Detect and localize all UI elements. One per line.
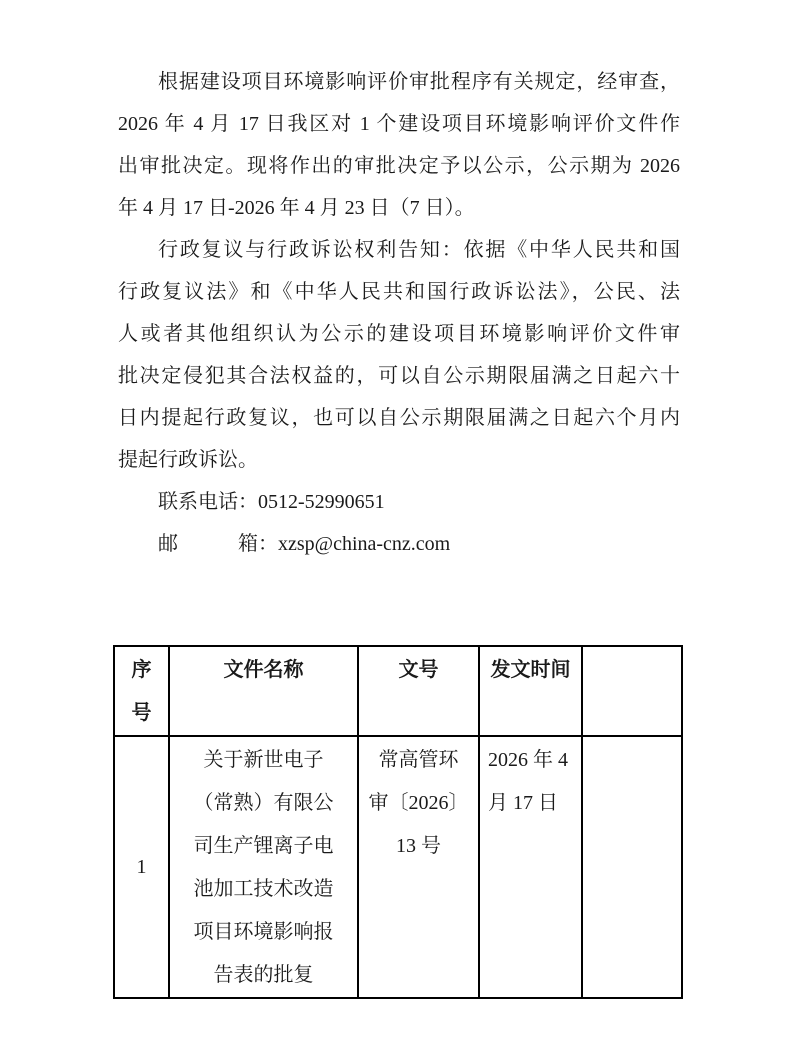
contact-phone-line: 联系电话：0512-52990651	[118, 481, 680, 523]
notice-paragraphs: 根据建设项目环境影响评价审批程序有关规定，经审查，2026 年 4 月 17 日…	[118, 61, 680, 481]
cell-issue-date: 2026 年 4 月 17 日	[479, 736, 582, 998]
table-header-row: 序 号 文件名称 文号 发文时间	[114, 646, 682, 736]
contact-email-line: 邮 箱：xzsp@china-cnz.com	[118, 523, 680, 565]
notice-body: 根据建设项目环境影响评价审批程序有关规定，经审查，2026 年 4 月 17 日…	[118, 61, 680, 565]
notice-line: 年 4 月 17 日-2026 年 4 月 23 日（7 日）。	[118, 187, 680, 229]
header-empty	[582, 646, 682, 736]
notice-line: 日内提起行政复议，也可以自公示期限届满之日起六个月内	[118, 397, 680, 439]
header-doc-number: 文号	[358, 646, 479, 736]
cell-file-name: 关于新世电子 （常熟）有限公 司生产锂离子电 池加工技术改造 项目环境影响报 告…	[169, 736, 358, 998]
header-issue-date: 发文时间	[479, 646, 582, 736]
notice-line: 2026 年 4 月 17 日我区对 1 个建设项目环境影响评价文件作	[118, 103, 680, 145]
table-row: 1 关于新世电子 （常熟）有限公 司生产锂离子电 池加工技术改造 项目环境影响报…	[114, 736, 682, 998]
contact-email-label: 邮 箱：	[158, 533, 278, 555]
notice-line: 行政复议与行政诉讼权利告知：依据《中华人民共和国	[118, 229, 680, 271]
header-serial-number: 序 号	[114, 646, 169, 736]
notice-line: 人或者其他组织认为公示的建设项目环境影响评价文件审	[118, 313, 680, 355]
notice-line: 根据建设项目环境影响评价审批程序有关规定，经审查，	[118, 61, 680, 103]
contact-phone-label: 联系电话：	[158, 491, 258, 513]
cell-doc-number: 常高管环 审〔2026〕 13 号	[358, 736, 479, 998]
contact-email-value: xzsp@china-cnz.com	[278, 533, 450, 555]
approval-decision-table: 序 号 文件名称 文号 发文时间 1 关于新世电子 （常熟）有限公 司生产锂离子…	[113, 645, 683, 999]
cell-serial-number: 1	[114, 736, 169, 998]
notice-line: 提起行政诉讼。	[118, 439, 680, 481]
contact-phone-value: 0512-52990651	[258, 491, 385, 513]
cell-empty	[582, 736, 682, 998]
header-file-name: 文件名称	[169, 646, 358, 736]
notice-line: 批决定侵犯其合法权益的，可以自公示期限届满之日起六十	[118, 355, 680, 397]
notice-line: 出审批决定。现将作出的审批决定予以公示，公示期为 2026	[118, 145, 680, 187]
document-page: 根据建设项目环境影响评价审批程序有关规定，经审查，2026 年 4 月 17 日…	[0, 0, 793, 1061]
notice-line: 行政复议法》和《中华人民共和国行政诉讼法》，公民、法	[118, 271, 680, 313]
